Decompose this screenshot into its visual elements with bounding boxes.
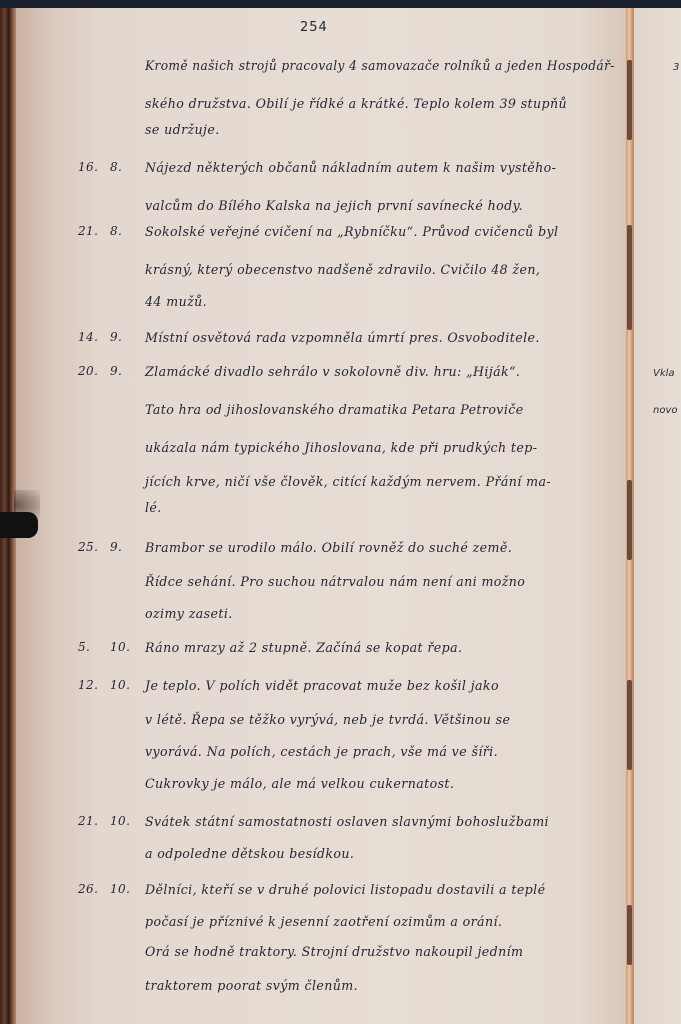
handwritten-line: ozimy zaseti. xyxy=(145,606,233,621)
handwritten-line: v létě. Řepa se těžko vyrývá, neb je tvr… xyxy=(145,712,510,727)
entry-date: 16.8. xyxy=(78,160,122,174)
entry-month: 10. xyxy=(110,640,130,654)
entry-month: 9. xyxy=(110,364,122,378)
gutter-binding-mark xyxy=(627,60,632,140)
entry-day: 20. xyxy=(78,364,110,378)
gutter-binding-mark xyxy=(627,225,632,330)
entry-date: 12.10. xyxy=(78,678,130,692)
handwritten-line: Zlamácké divadlo sehrálo v sokolovně div… xyxy=(145,364,520,379)
handwritten-line: Tato hra od jihoslovanského dramatika Pe… xyxy=(145,402,524,417)
handwritten-line: Cukrovky je málo, ale má velkou cukernat… xyxy=(145,776,454,791)
entry-date: 21.10. xyxy=(78,814,130,828)
handwritten-line: Nájezd některých občanů nákladním autem … xyxy=(145,160,556,175)
adjacent-page-fragment: Vkla xyxy=(653,368,675,379)
entry-month: 8. xyxy=(110,160,122,174)
handwritten-line: krásný, který obecenstvo nadšeně zdravil… xyxy=(145,262,540,277)
handwritten-line: ukázala nám typického Jihoslovana, kde p… xyxy=(145,440,537,455)
handwritten-line: Kromě našich strojů pracovaly 4 samovaza… xyxy=(145,58,615,73)
handwritten-line: Brambor se urodilo málo. Obilí rovněž do… xyxy=(145,540,512,555)
handwritten-line: lé. xyxy=(145,500,162,515)
entry-date: 26.10. xyxy=(78,882,130,896)
handwritten-line: Ráno mrazy až 2 stupně. Začíná se kopat … xyxy=(145,640,462,655)
handwritten-line: Orá se hodně traktory. Strojní družstvo … xyxy=(145,944,523,959)
entry-month: 10. xyxy=(110,882,130,896)
entry-day: 21. xyxy=(78,224,110,238)
handwritten-line: Svátek státní samostatnosti oslaven slav… xyxy=(145,814,549,829)
entry-date: 5.10. xyxy=(78,640,130,654)
adjacent-page xyxy=(634,8,681,1024)
entry-day: 12. xyxy=(78,678,110,692)
entry-month: 10. xyxy=(110,678,130,692)
handwritten-line: a odpoledne dětskou besídkou. xyxy=(145,846,354,861)
handwritten-line: 44 mužů. xyxy=(145,294,207,309)
adjacent-page-fragment: novo xyxy=(653,405,678,416)
entry-day: 16. xyxy=(78,160,110,174)
entry-month: 9. xyxy=(110,330,122,344)
entry-day: 5. xyxy=(78,640,110,654)
entry-month: 9. xyxy=(110,540,122,554)
handwritten-line: valcům do Bílého Kalska na jejich první … xyxy=(145,198,523,213)
book-strap xyxy=(0,512,38,538)
entry-month: 10. xyxy=(110,814,130,828)
handwritten-line: vyorává. Na polích, cestách je prach, vš… xyxy=(145,744,498,759)
entry-month: 8. xyxy=(110,224,122,238)
entry-day: 26. xyxy=(78,882,110,896)
gutter-binding-mark xyxy=(627,480,632,560)
gutter-binding-mark xyxy=(627,905,632,965)
handwritten-line: Sokolské veřejné cvičení na „Rybníčku“. … xyxy=(145,224,558,239)
entry-day: 14. xyxy=(78,330,110,344)
page-number: 254 xyxy=(300,20,328,35)
entry-date: 25.9. xyxy=(78,540,122,554)
entry-day: 21. xyxy=(78,814,110,828)
entry-date: 14.9. xyxy=(78,330,122,344)
handwritten-line: se udržuje. xyxy=(145,122,220,137)
handwritten-line: Dělníci, kteří se v druhé polovici listo… xyxy=(145,882,545,897)
handwritten-line: počasí je příznivé k jesenní zaotření oz… xyxy=(145,914,502,929)
adjacent-page-fragment: 3 xyxy=(673,62,679,73)
gutter-binding-mark xyxy=(627,680,632,770)
entry-date: 21.8. xyxy=(78,224,122,238)
handwritten-line: Místní osvětová rada vzpomněla úmrtí pre… xyxy=(145,330,540,345)
entry-date: 20.9. xyxy=(78,364,122,378)
handwritten-line: jících krve, ničí vše člověk, citící kaž… xyxy=(145,474,551,489)
handwritten-line: traktorem poorat svým členům. xyxy=(145,978,358,993)
entry-day: 25. xyxy=(78,540,110,554)
handwritten-line: ského družstva. Obilí je řídké a krátké.… xyxy=(145,96,567,111)
handwritten-line: Je teplo. V polích vidět pracovat muže b… xyxy=(145,678,499,693)
handwritten-line: Řídce sehání. Pro suchou nátrvalou nám n… xyxy=(145,574,525,589)
